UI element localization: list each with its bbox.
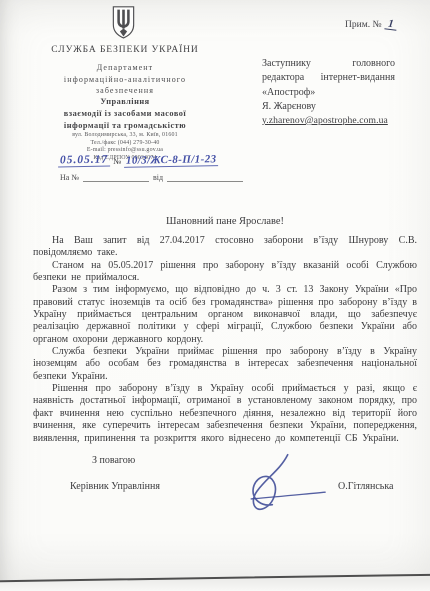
org-name: СЛУЖБА БЕЗПЕКИ УКРАЇНИ	[25, 45, 225, 55]
blank-line	[83, 173, 149, 182]
blank-line	[167, 173, 243, 182]
reference-line: 05.05.17 № 10/3/ЖС-8-П/1-23	[58, 154, 219, 167]
signer-position: Керівник Управління	[70, 481, 160, 492]
recipient-block: Заступнику головного редактора інтернет-…	[262, 57, 395, 115]
copy-label: Прим. №	[345, 20, 382, 30]
handwritten-copy-number: 1	[384, 18, 397, 30]
reply-reference-line: На № від	[60, 173, 243, 182]
division-line: інформації та громадськістю	[25, 120, 225, 132]
handwritten-ref-number: 10/3/ЖС-8-П/1-23	[124, 153, 219, 168]
scan-background	[0, 580, 430, 591]
signer-name: О.Гітлянська	[338, 481, 394, 492]
closing-regards: З повагою	[92, 455, 135, 466]
recipient-email: y.zharenov@apostrophe.com.ua	[262, 115, 412, 126]
reply-number-label: На №	[60, 173, 79, 182]
department-block: Департамент інформаційно-аналітичного за…	[25, 62, 225, 97]
number-sign-label: №	[113, 156, 121, 167]
paragraph: На Ваш запит від 27.04.2017 стосовно заб…	[33, 235, 417, 260]
paragraph: Рішення про заборону в’їзду в Україну ос…	[33, 383, 417, 445]
division-block: Управління взаємодії із засобами масової…	[25, 96, 225, 132]
scanned-letter-page: СЛУЖБА БЕЗПЕКИ УКРАЇНИ Департамент інфор…	[0, 0, 430, 591]
recipient-title: Заступнику головного редактора інтернет-…	[262, 57, 395, 100]
copy-number-stamp: Прим. № 1	[345, 19, 396, 30]
salutation: Шановний пане Ярославе!	[33, 216, 417, 227]
letter-body: На Ваш запит від 27.04.2017 стосовно заб…	[33, 235, 417, 445]
division-line: взаємодії із засобами масової	[25, 108, 225, 120]
reply-date-label: від	[153, 173, 163, 182]
paragraph: Станом на 05.05.2017 рішення про заборон…	[33, 260, 417, 285]
paragraph: Разом з тим інформуємо, що відповідно до…	[33, 284, 417, 346]
department-line: інформаційно-аналітичного	[25, 74, 225, 86]
handwritten-date: 05.05.17	[58, 154, 110, 168]
ink-signature-icon	[230, 449, 330, 521]
recipient-name: Я. Жарєнову	[262, 100, 395, 114]
division-line: Управління	[25, 96, 225, 108]
ukraine-trident-emblem-icon	[109, 4, 138, 40]
paragraph: Служба безпеки України приймає рішення п…	[33, 346, 417, 383]
department-line: Департамент	[25, 62, 225, 74]
contact-address: вул. Володимирська, 33, м. Київ, 01601	[25, 132, 225, 140]
